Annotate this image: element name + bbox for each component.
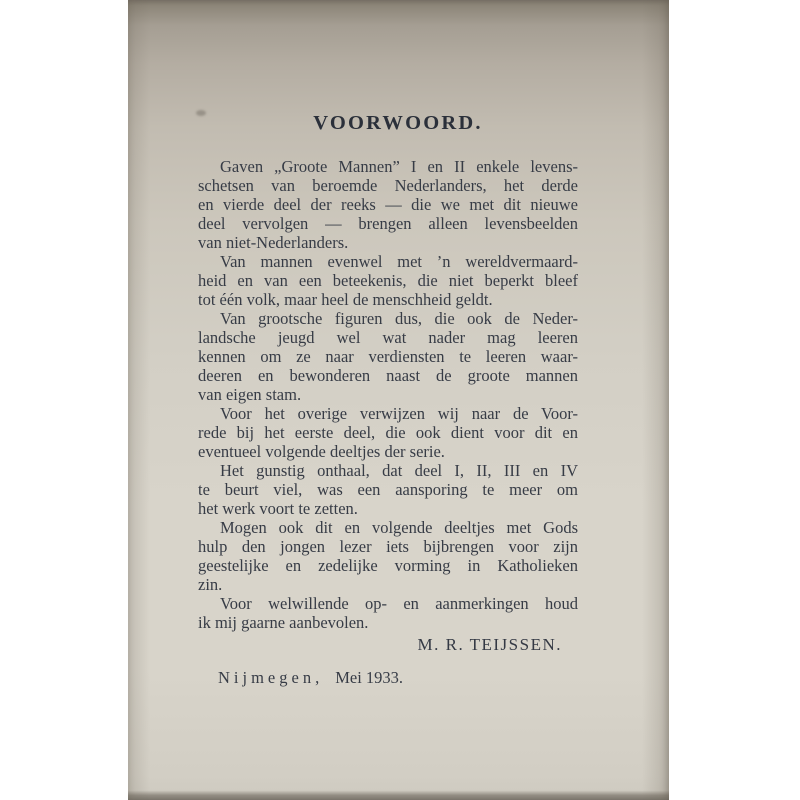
text-line: heid en van een beteekenis, die niet bep… [198, 271, 578, 290]
text-line: deel vervolgen — brengen alleen levensbe… [198, 214, 578, 233]
paragraph: Het gunstig onthaal, dat deel I, II, III… [198, 461, 578, 518]
dateline: Nijmegen,Mei 1933. [198, 668, 578, 687]
text-line: rede bij het eerste deel, die ook dient … [198, 423, 578, 442]
text-line: Mogen ook dit en volgende deeltjes met G… [198, 518, 578, 537]
paragraph: Gaven „Groote Mannen” I en II enkele lev… [198, 157, 578, 252]
foreword-page: VOORWOORD. Gaven „Groote Mannen” I en II… [198, 0, 578, 687]
text-line: deeren en bewonderen naast de groote man… [198, 366, 578, 385]
paragraph: Voor het overige verwijzen wij naar de V… [198, 404, 578, 461]
text-line: Gaven „Groote Mannen” I en II enkele lev… [198, 157, 578, 176]
paragraph: Mogen ook dit en volgende deeltjes met G… [198, 518, 578, 594]
book-page-photo: VOORWOORD. Gaven „Groote Mannen” I en II… [128, 0, 669, 800]
paragraph: Van mannen evenwel met ’n wereldvermaard… [198, 252, 578, 309]
text-line: Voor het overige verwijzen wij naar de V… [198, 404, 578, 423]
paragraph: Voor welwillende op- en aanmerkingen hou… [198, 594, 578, 632]
text-line: Het gunstig onthaal, dat deel I, II, III… [198, 461, 578, 480]
text-line: te beurt viel, was een aansporing te mee… [198, 480, 578, 499]
text-line: en vierde deel der reeks — die we met di… [198, 195, 578, 214]
text-line: landsche jeugd wel wat nader mag leeren [198, 328, 578, 347]
text-line: kennen om ze naar verdiensten te leeren … [198, 347, 578, 366]
text-line: tot één volk, maar heel de menschheid ge… [198, 290, 578, 309]
dateline-place: Nijmegen, [218, 668, 323, 687]
text-line: eventueel volgende deeltjes der serie. [198, 442, 578, 461]
text-line: zin. [198, 575, 578, 594]
text-line: Van grootsche figuren dus, die ook de Ne… [198, 309, 578, 328]
text-line: hulp den jongen lezer iets bijbrengen vo… [198, 537, 578, 556]
page-title: VOORWOORD. [198, 112, 578, 134]
text-line: Voor welwillende op- en aanmerkingen hou… [198, 594, 578, 613]
text-line: van niet-Nederlanders. [198, 233, 578, 252]
photo-canvas: VOORWOORD. Gaven „Groote Mannen” I en II… [0, 0, 800, 800]
paragraph: Van grootsche figuren dus, die ook de Ne… [198, 309, 578, 404]
text-line: van eigen stam. [198, 385, 578, 404]
author-signature: M. R. TEIJSSEN. [198, 635, 578, 654]
dateline-date: Mei 1933. [335, 668, 403, 687]
text-line: het werk voort te zetten. [198, 499, 578, 518]
foreword-text: Gaven „Groote Mannen” I en II enkele lev… [198, 157, 578, 632]
text-line: ik mij gaarne aanbevolen. [198, 613, 578, 632]
text-line: geestelijke en zedelijke vorming in Kath… [198, 556, 578, 575]
text-line: schetsen van beroemde Nederlanders, het … [198, 176, 578, 195]
text-line: Van mannen evenwel met ’n wereldvermaard… [198, 252, 578, 271]
